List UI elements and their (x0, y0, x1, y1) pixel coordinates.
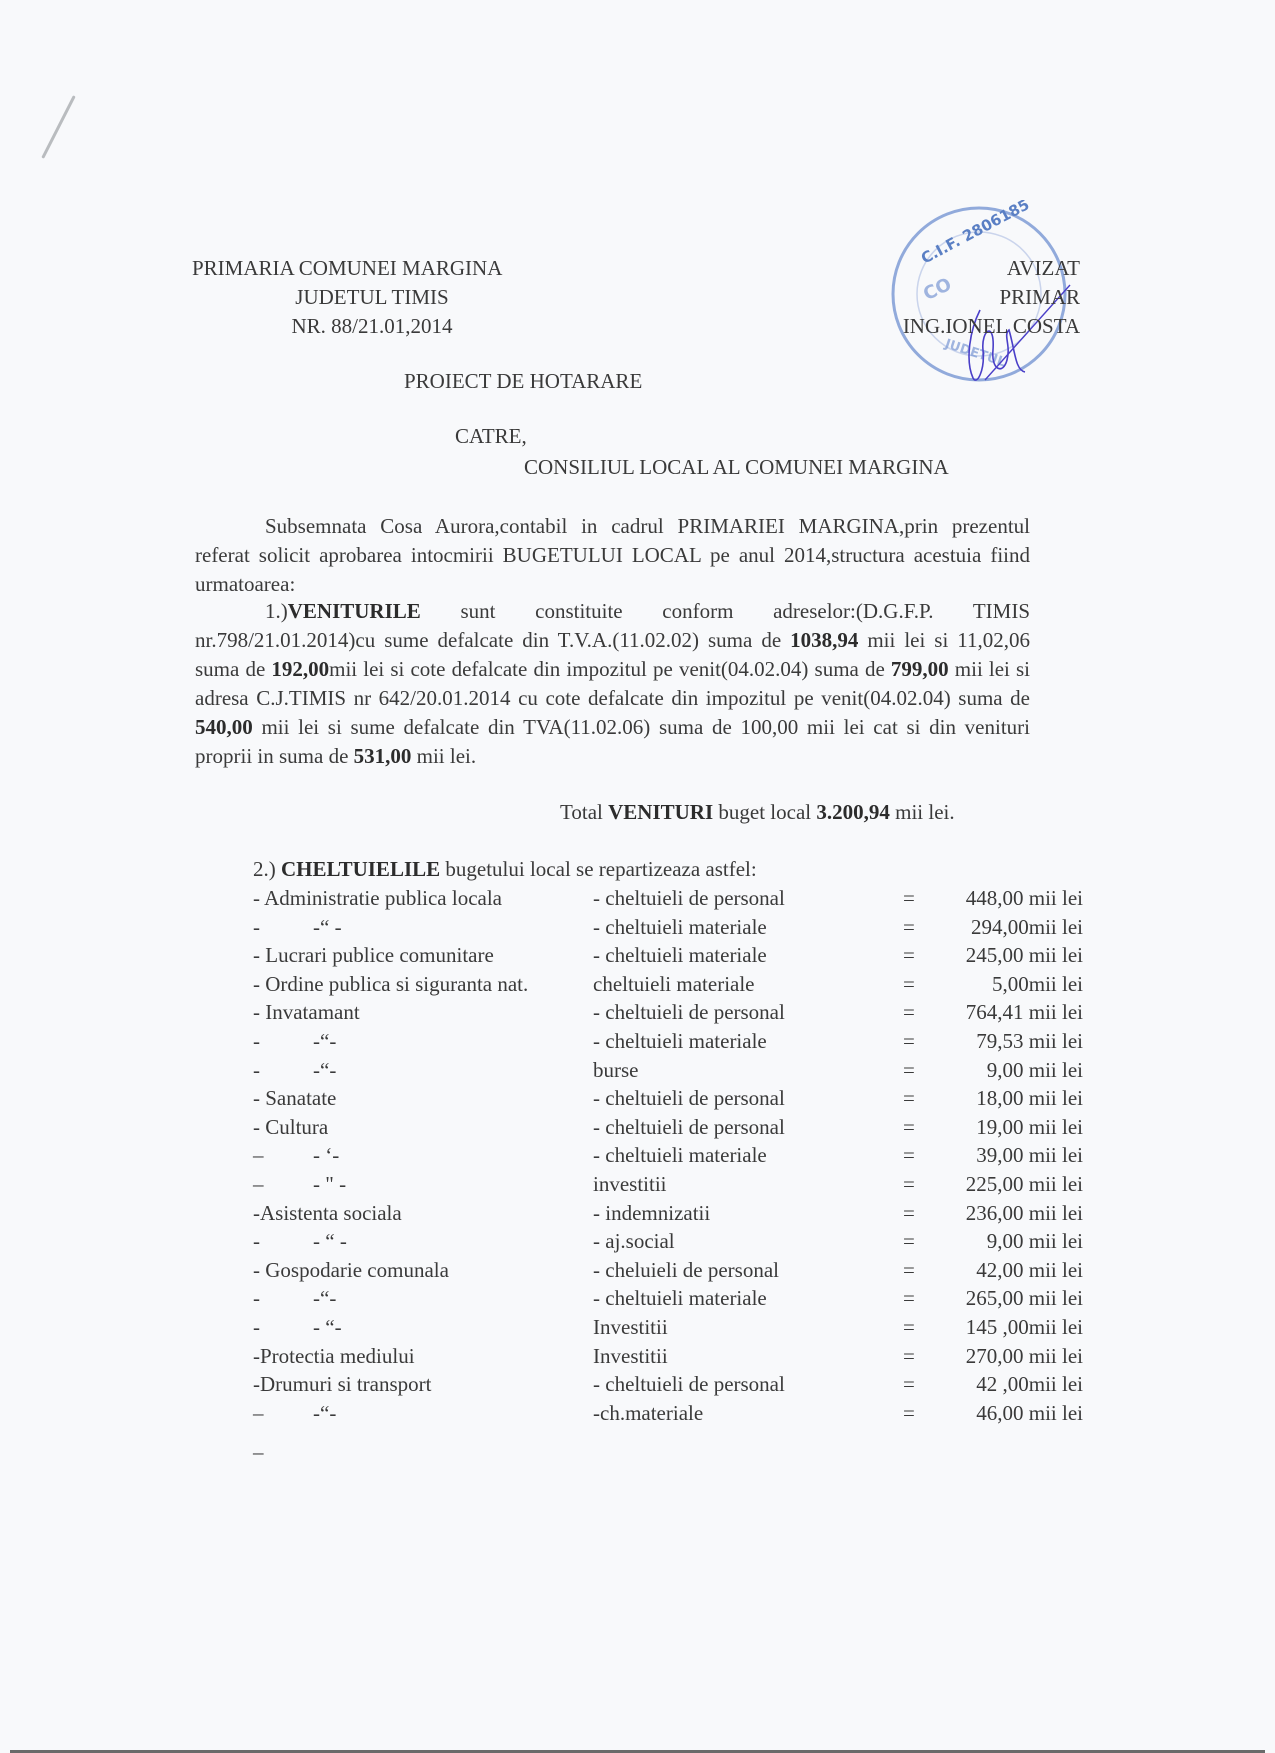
expense-chapter: - Invatamant (253, 998, 360, 1027)
expense-row: - Ordine publica si siguranta nat.cheltu… (253, 970, 1083, 999)
ditto-mark: -“ - (313, 913, 342, 942)
expense-chapter: - Sanatate (253, 1084, 336, 1113)
ditto-mark: -“- (313, 1399, 336, 1428)
equals-sign: = (903, 1227, 915, 1256)
expense-chapter: – (253, 1399, 264, 1428)
expense-type: investitii (593, 1170, 667, 1199)
expense-chapter: - Ordine publica si siguranta nat. (253, 970, 528, 999)
expense-row: --“-- cheltuieli materiale=79,53 mii lei (253, 1027, 1083, 1056)
expense-amount: 225,00 mii lei (966, 1170, 1083, 1199)
equals-sign: = (903, 1370, 915, 1399)
intro-paragraph: Subsemnata Cosa Aurora,contabil in cadru… (195, 512, 1030, 599)
expense-chapter: -Asistenta sociala (253, 1199, 402, 1228)
addressee-prefix: CATRE, (455, 424, 527, 449)
expense-amount: 294,00mii lei (971, 913, 1083, 942)
issuer-block: PRIMARIA COMUNEI MARGINA JUDETUL TIMIS N… (192, 254, 552, 341)
expense-type: - cheltuieli materiale (593, 1027, 767, 1056)
expense-row: --“-burse=9,00 mii lei (253, 1056, 1083, 1085)
expense-row: –- " -investitii=225,00 mii lei (253, 1170, 1083, 1199)
approver-role: PRIMAR (860, 283, 1080, 312)
revenues-total: Total VENITURI buget local 3.200,94 mii … (560, 800, 955, 825)
equals-sign: = (903, 998, 915, 1027)
expenses-table: - Administratie publica locala- cheltuie… (253, 884, 1083, 1427)
expense-type: - aj.social (593, 1227, 675, 1256)
expense-type: - cheltuieli de personal (593, 1084, 785, 1113)
ditto-mark: - ‘- (313, 1141, 339, 1170)
expense-type: Investitii (593, 1342, 668, 1371)
equals-sign: = (903, 970, 915, 999)
expense-chapter: - (253, 1227, 260, 1256)
approval-block: AVIZAT PRIMAR ING.IONEL COSTA (860, 254, 1080, 341)
trailing-dash: – (253, 1440, 264, 1465)
expense-chapter: - Lucrari publice comunitare (253, 941, 494, 970)
equals-sign: = (903, 884, 915, 913)
equals-sign: = (903, 1199, 915, 1228)
expense-row: -Protectia mediuluiInvestitii=270,00 mii… (253, 1342, 1083, 1371)
expense-row: -Asistenta sociala- indemnizatii=236,00 … (253, 1199, 1083, 1228)
expense-type: Investitii (593, 1313, 668, 1342)
expense-amount: 270,00 mii lei (966, 1342, 1083, 1371)
expense-row: -- “-Investitii=145 ,00mii lei (253, 1313, 1083, 1342)
expense-amount: 764,41 mii lei (966, 998, 1083, 1027)
expense-type: - cheltuieli materiale (593, 941, 767, 970)
expense-chapter: - (253, 913, 260, 942)
expense-amount: 145 ,00mii lei (966, 1313, 1083, 1342)
equals-sign: = (903, 1399, 915, 1428)
expense-row: --“-- cheltuieli materiale=265,00 mii le… (253, 1284, 1083, 1313)
expense-chapter: – (253, 1170, 264, 1199)
expense-chapter: - (253, 1313, 260, 1342)
institution-name: PRIMARIA COMUNEI MARGINA (192, 254, 552, 283)
equals-sign: = (903, 1284, 915, 1313)
expense-row: -- “ -- aj.social=9,00 mii lei (253, 1227, 1083, 1256)
expense-type: - cheltuieli de personal (593, 1113, 785, 1142)
equals-sign: = (903, 1141, 915, 1170)
expense-chapter: -Protectia mediului (253, 1342, 415, 1371)
expense-type: - cheltuieli de personal (593, 998, 785, 1027)
expense-row: - Lucrari publice comunitare- cheltuieli… (253, 941, 1083, 970)
pen-mark (41, 95, 75, 159)
approver-name: ING.IONEL COSTA (860, 312, 1080, 341)
expense-amount: 245,00 mii lei (966, 941, 1083, 970)
ditto-mark: - " - (313, 1170, 346, 1199)
expense-chapter: - Administratie publica locala (253, 884, 502, 913)
equals-sign: = (903, 1027, 915, 1056)
expense-type: - cheltuieli materiale (593, 913, 767, 942)
expense-type: - cheltuieli materiale (593, 1141, 767, 1170)
reference-number: NR. 88/21.01,2014 (192, 312, 552, 341)
ditto-mark: - “- (313, 1313, 342, 1342)
expenses-heading: 2.) CHELTUIELILE bugetului local se repa… (253, 857, 757, 882)
expense-row: - Cultura- cheltuieli de personal=19,00 … (253, 1113, 1083, 1142)
expense-chapter: - Cultura (253, 1113, 328, 1142)
expense-type: - cheltuieli de personal (593, 884, 785, 913)
expense-row: - Invatamant- cheltuieli de personal=764… (253, 998, 1083, 1027)
expense-type: - cheluieli de personal (593, 1256, 779, 1285)
expense-amount: 42 ,00mii lei (976, 1370, 1083, 1399)
expense-type: - indemnizatii (593, 1199, 710, 1228)
equals-sign: = (903, 1256, 915, 1285)
expense-row: -Drumuri si transport- cheltuieli de per… (253, 1370, 1083, 1399)
expense-amount: 236,00 mii lei (966, 1199, 1083, 1228)
expense-type: cheltuieli materiale (593, 970, 755, 999)
ditto-mark: -“- (313, 1027, 336, 1056)
expense-amount: 9,00 mii lei (987, 1227, 1083, 1256)
expense-type: burse (593, 1056, 639, 1085)
expense-chapter: - (253, 1056, 260, 1085)
revenues-total-value: 3.200,94 (816, 800, 890, 824)
document-page: PRIMARIA COMUNEI MARGINA JUDETUL TIMIS N… (0, 0, 1275, 1753)
expense-row: –-“--ch.materiale=46,00 mii lei (253, 1399, 1083, 1428)
expense-row: –- ‘-- cheltuieli materiale=39,00 mii le… (253, 1141, 1083, 1170)
expense-row: - Sanatate- cheltuieli de personal=18,00… (253, 1084, 1083, 1113)
expense-chapter: - (253, 1284, 260, 1313)
ditto-mark: -“- (313, 1056, 336, 1085)
expense-chapter: -Drumuri si transport (253, 1370, 431, 1399)
expense-amount: 9,00 mii lei (987, 1056, 1083, 1085)
expense-amount: 39,00 mii lei (976, 1141, 1083, 1170)
expense-chapter: - Gospodarie comunala (253, 1256, 449, 1285)
expense-amount: 448,00 mii lei (966, 884, 1083, 913)
ditto-mark: -“- (313, 1284, 336, 1313)
revenues-paragraph: 1.)VENITURILE sunt constituite conform a… (195, 597, 1030, 771)
expense-chapter: – (253, 1141, 264, 1170)
approval-label: AVIZAT (860, 254, 1080, 283)
expense-amount: 265,00 mii lei (966, 1284, 1083, 1313)
equals-sign: = (903, 1313, 915, 1342)
expense-amount: 18,00 mii lei (976, 1084, 1083, 1113)
expense-amount: 5,00mii lei (992, 970, 1083, 999)
addressee: CONSILIUL LOCAL AL COMUNEI MARGINA (524, 455, 949, 480)
equals-sign: = (903, 913, 915, 942)
expense-amount: 42,00 mii lei (976, 1256, 1083, 1285)
expense-type: - cheltuieli materiale (593, 1284, 767, 1313)
ditto-mark: - “ - (313, 1227, 347, 1256)
expense-type: - cheltuieli de personal (593, 1370, 785, 1399)
expense-row: --“ -- cheltuieli materiale=294,00mii le… (253, 913, 1083, 942)
revenues-heading: VENITURILE (288, 599, 421, 623)
expense-amount: 79,53 mii lei (976, 1027, 1083, 1056)
county-name: JUDETUL TIMIS (192, 283, 552, 312)
equals-sign: = (903, 1056, 915, 1085)
equals-sign: = (903, 1084, 915, 1113)
expense-type: -ch.materiale (593, 1399, 703, 1428)
expense-row: - Gospodarie comunala- cheluieli de pers… (253, 1256, 1083, 1285)
expense-row: - Administratie publica locala- cheltuie… (253, 884, 1083, 913)
expense-chapter: - (253, 1027, 260, 1056)
document-title: PROIECT DE HOTARARE (404, 369, 642, 394)
equals-sign: = (903, 1113, 915, 1142)
expense-amount: 19,00 mii lei (976, 1113, 1083, 1142)
equals-sign: = (903, 1170, 915, 1199)
equals-sign: = (903, 941, 915, 970)
expense-amount: 46,00 mii lei (976, 1399, 1083, 1428)
equals-sign: = (903, 1342, 915, 1371)
